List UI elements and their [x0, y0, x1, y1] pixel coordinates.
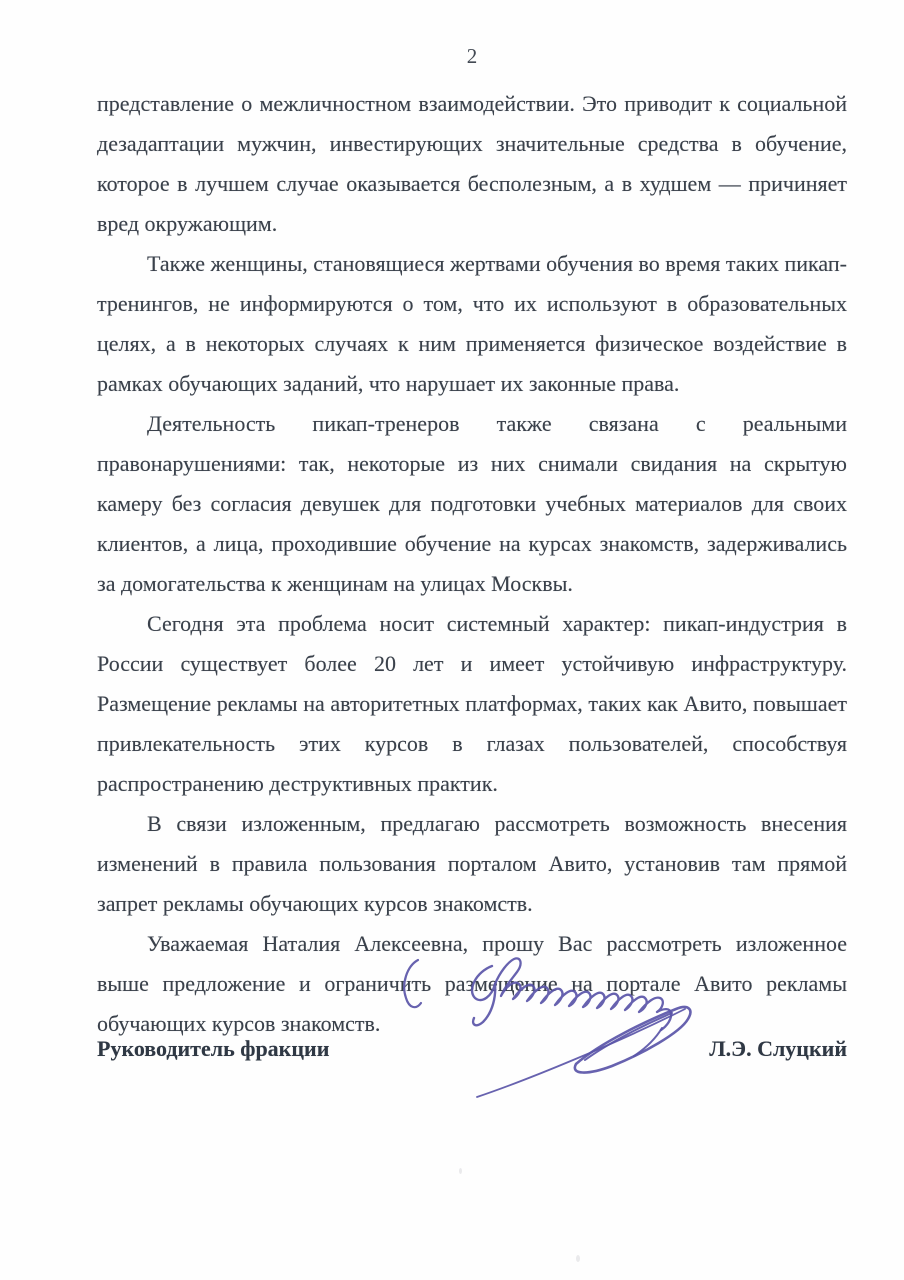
scan-artifact	[576, 1255, 580, 1262]
letter-body: представление о межличностном взаимодейс…	[97, 84, 847, 1044]
scan-artifact	[459, 1168, 462, 1174]
page-number: 2	[97, 44, 847, 69]
document-page: 2 представление о межличностном взаимоде…	[0, 0, 904, 1280]
paragraph: Также женщины, становящиеся жертвами обу…	[97, 244, 847, 404]
paragraph: Сегодня эта проблема носит системный хар…	[97, 604, 847, 804]
signature-block: Руководитель фракции Л.Э. Слуцкий	[97, 1036, 847, 1062]
paragraph: Деятельность пикап-тренеров также связан…	[97, 404, 847, 604]
signature-ink-stroke	[472, 966, 495, 1025]
paragraph: представление о межличностном взаимодейс…	[97, 84, 847, 244]
signer-name: Л.Э. Слуцкий	[709, 1036, 847, 1062]
paragraph: В связи изложенным, предлагаю рассмотрет…	[97, 804, 847, 924]
signature-ink-stroke	[404, 960, 421, 1007]
signer-position: Руководитель фракции	[97, 1036, 329, 1062]
signature-handwriting	[380, 940, 720, 1120]
signature-ink-stroke	[495, 958, 671, 1030]
